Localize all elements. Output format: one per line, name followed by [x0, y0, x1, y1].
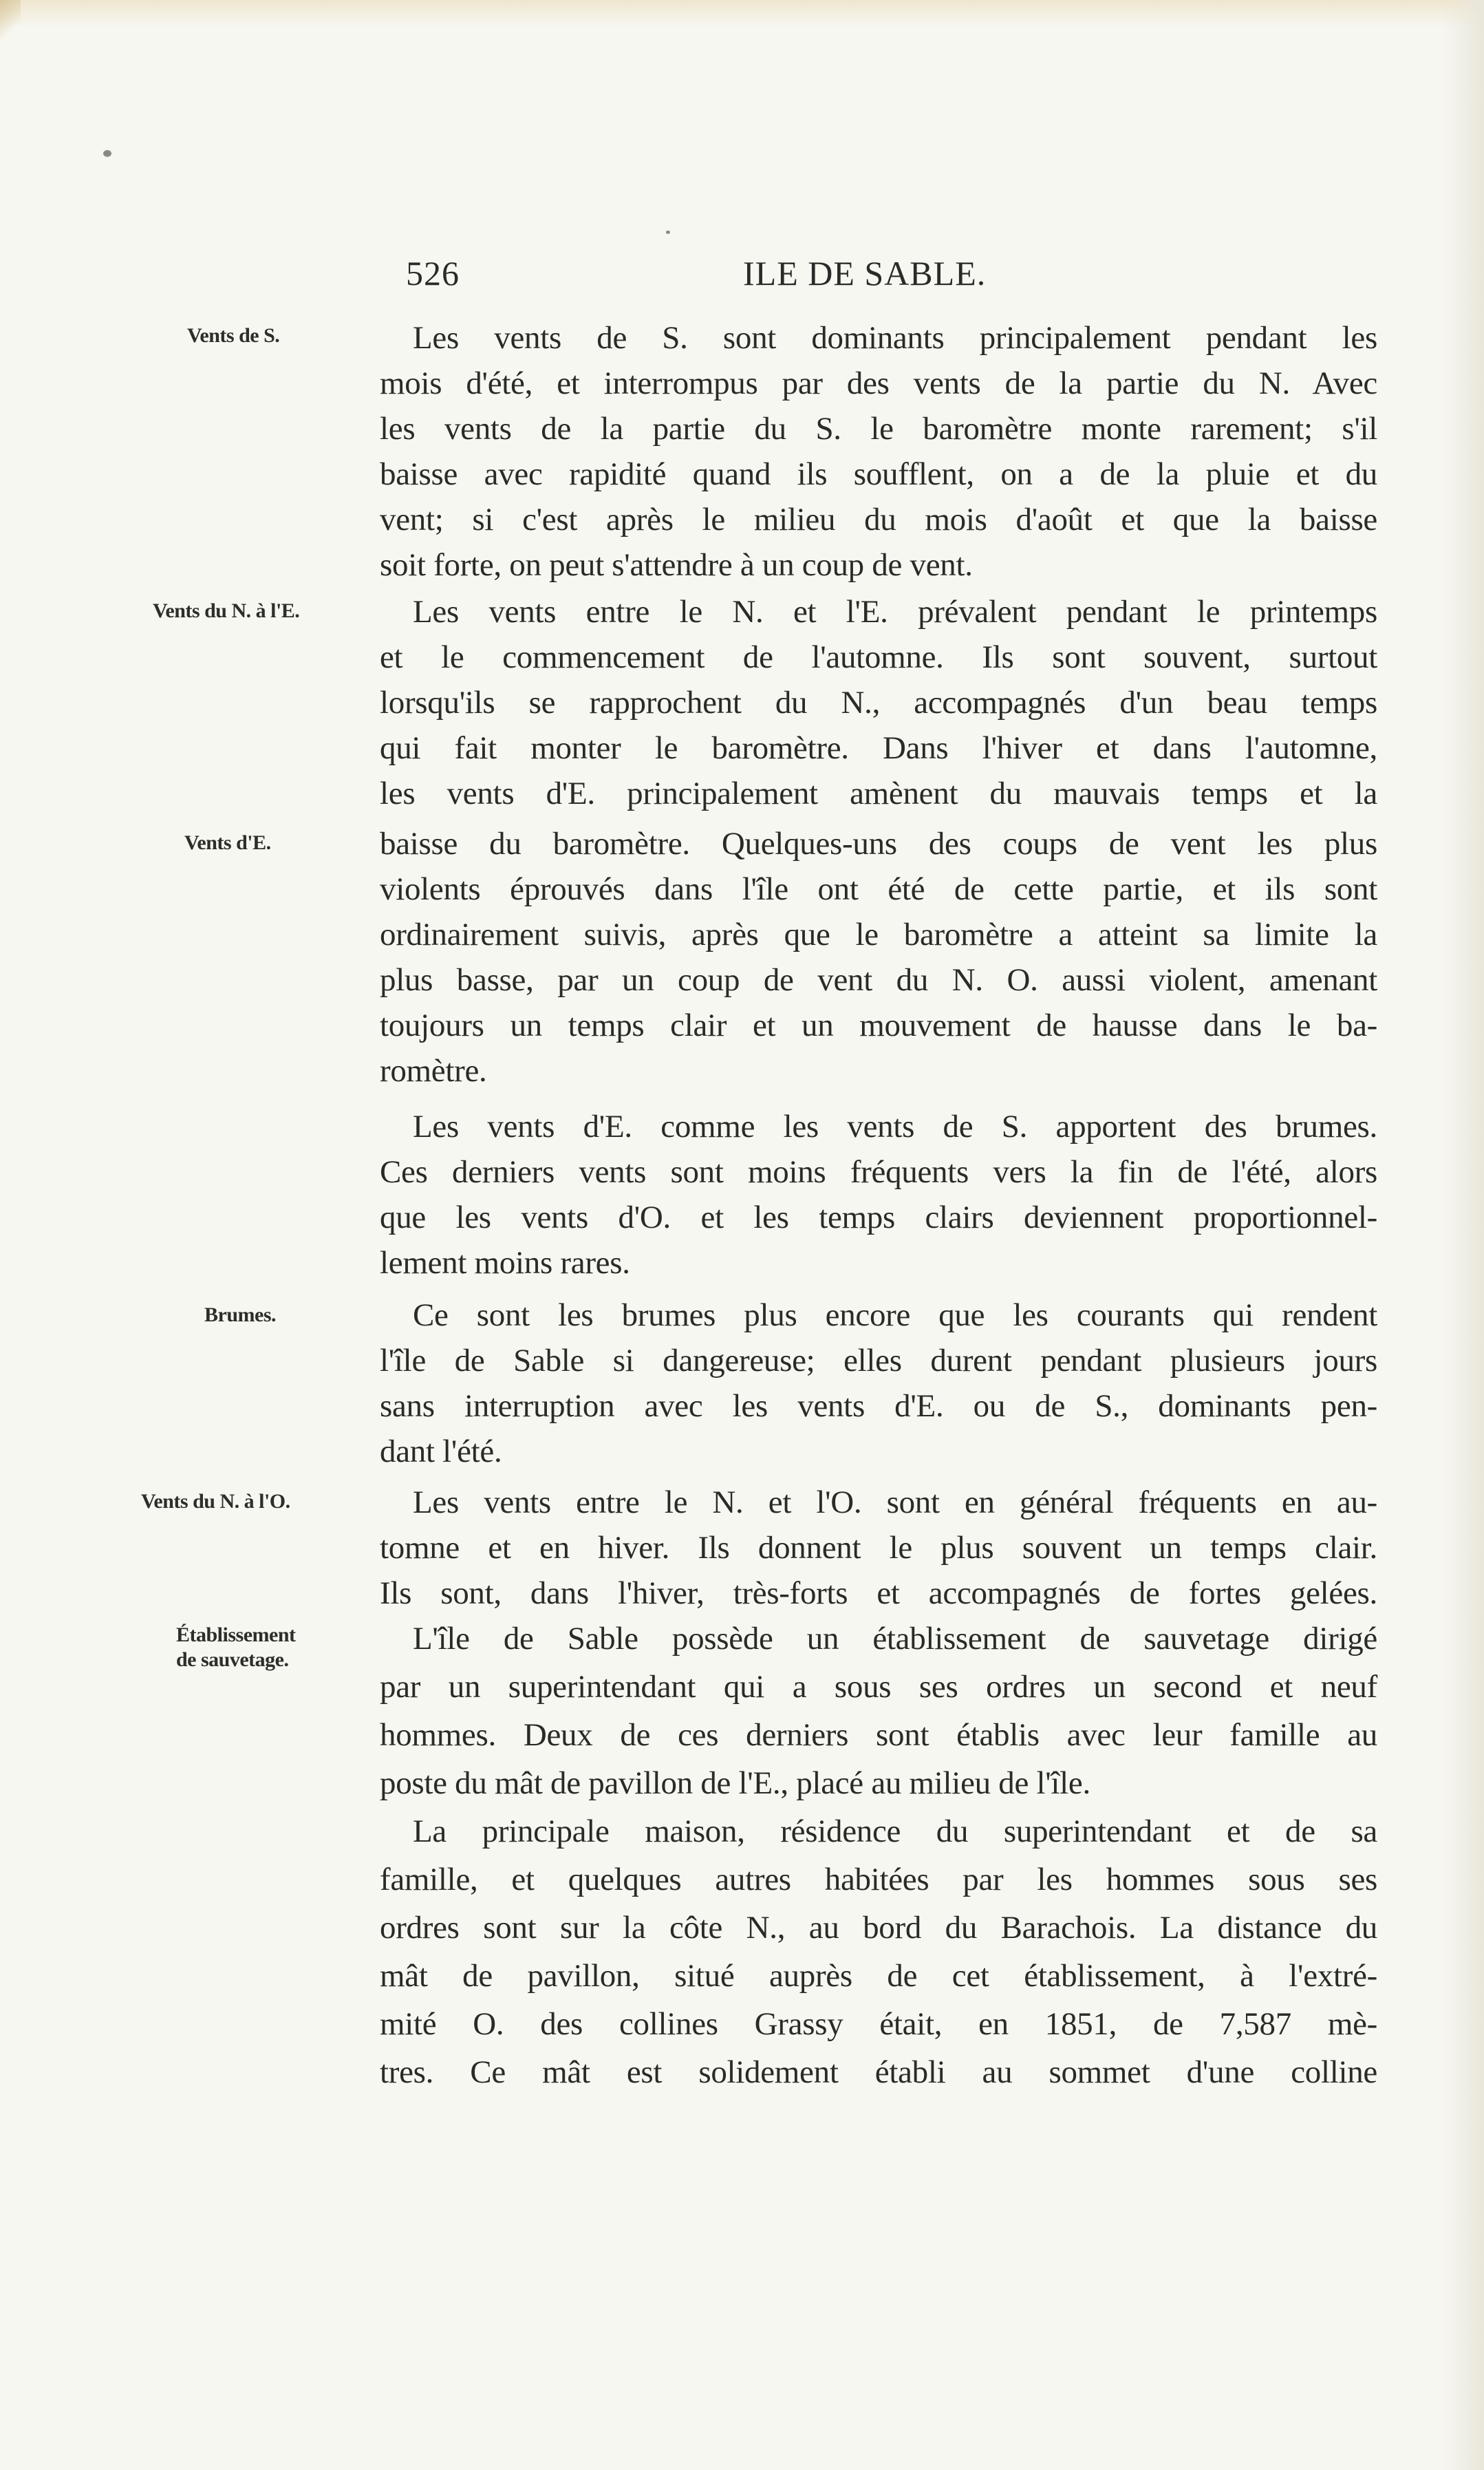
- text-line: baisse du baromètre. Quelques-uns des co…: [380, 821, 1377, 866]
- text-line: Ces derniers vents sont moins fréquents …: [380, 1149, 1377, 1195]
- text-line: soit forte, on peut s'attendre à un coup…: [380, 542, 1377, 588]
- text-line: lorsqu'ils se rapprochent du N., accompa…: [380, 680, 1377, 725]
- text-line: qui fait monter le baromètre. Dans l'hiv…: [380, 725, 1377, 771]
- paper-edge-top: [0, 0, 1484, 28]
- text-line: les vents de la partie du S. le baromètr…: [380, 406, 1377, 451]
- ink-speck: [103, 150, 111, 157]
- text-line: vent; si c'est après le milieu du mois d…: [380, 497, 1377, 542]
- text-line: lement moins rares.: [380, 1240, 1377, 1286]
- text-line: dant l'été.: [380, 1429, 1377, 1474]
- text-line: romètre.: [380, 1048, 1377, 1094]
- text-line: l'île de Sable si dangereuse; elles dure…: [380, 1338, 1377, 1383]
- margin-note: Vents de S.: [187, 323, 279, 348]
- corner-crease-mark: [0, 0, 21, 41]
- text-line: Les vents d'E. comme les vents de S. app…: [380, 1104, 1377, 1149]
- text-line: et le commencement de l'automne. Ils son…: [380, 635, 1377, 680]
- text-line: ordres sont sur la côte N., au bord du B…: [380, 1905, 1377, 1950]
- text-line: La principale maison, résidence du super…: [380, 1809, 1377, 1854]
- text-line: les vents d'E. principalement amènent du…: [380, 771, 1377, 816]
- running-header: 526 ILE DE SABLE.: [406, 253, 1383, 295]
- text-line: par un superintendant qui a sous ses ord…: [380, 1664, 1377, 1710]
- running-title: ILE DE SABLE.: [743, 253, 986, 293]
- text-line: mât de pavillon, situé auprès de cet éta…: [380, 1953, 1377, 1999]
- margin-note: de sauvetage.: [176, 1648, 288, 1672]
- text-line: que les vents d'O. et les temps clairs d…: [380, 1195, 1377, 1240]
- text-line: Les vents entre le N. et l'E. prévalent …: [380, 589, 1377, 635]
- margin-note: Vents du N. à l'E.: [153, 599, 299, 624]
- page-number: 526: [406, 253, 460, 293]
- margin-note: Vents d'E.: [184, 831, 271, 855]
- text-line: L'île de Sable possède un établissement …: [380, 1616, 1377, 1661]
- text-line: mois d'été, et interrompus par des vents…: [380, 361, 1377, 406]
- text-line: tres. Ce mât est solidement établi au so…: [380, 2050, 1377, 2095]
- ink-speck: [666, 231, 670, 234]
- paper-edge-right: [1443, 0, 1484, 2470]
- text-line: Les vents de S. sont dominants principal…: [380, 315, 1377, 361]
- text-line: poste du mât de pavillon de l'E., placé …: [380, 1760, 1377, 1806]
- text-line: violents éprouvés dans l'île ont été de …: [380, 866, 1377, 912]
- margin-note: Vents du N. à l'O.: [141, 1489, 290, 1514]
- text-line: tomne et en hiver. Ils donnent le plus s…: [380, 1525, 1377, 1571]
- margin-note: Brumes.: [204, 1303, 276, 1328]
- text-line: hommes. Deux de ces derniers sont établi…: [380, 1712, 1377, 1758]
- text-line: mité O. des collines Grassy était, en 18…: [380, 2001, 1377, 2047]
- text-line: Ils sont, dans l'hiver, très-forts et ac…: [380, 1571, 1377, 1616]
- text-line: plus basse, par un coup de vent du N. O.…: [380, 957, 1377, 1003]
- text-line: famille, et quelques autres habitées par…: [380, 1857, 1377, 1902]
- text-line: baisse avec rapidité quand ils soufflent…: [380, 451, 1377, 497]
- text-line: ordinairement suivis, après que le barom…: [380, 912, 1377, 957]
- text-line: Les vents entre le N. et l'O. sont en gé…: [380, 1480, 1377, 1525]
- text-line: sans interruption avec les vents d'E. ou…: [380, 1383, 1377, 1429]
- margin-note: Établissement: [176, 1623, 296, 1648]
- text-line: Ce sont les brumes plus encore que les c…: [380, 1292, 1377, 1338]
- text-line: toujours un temps clair et un mouvement …: [380, 1003, 1377, 1048]
